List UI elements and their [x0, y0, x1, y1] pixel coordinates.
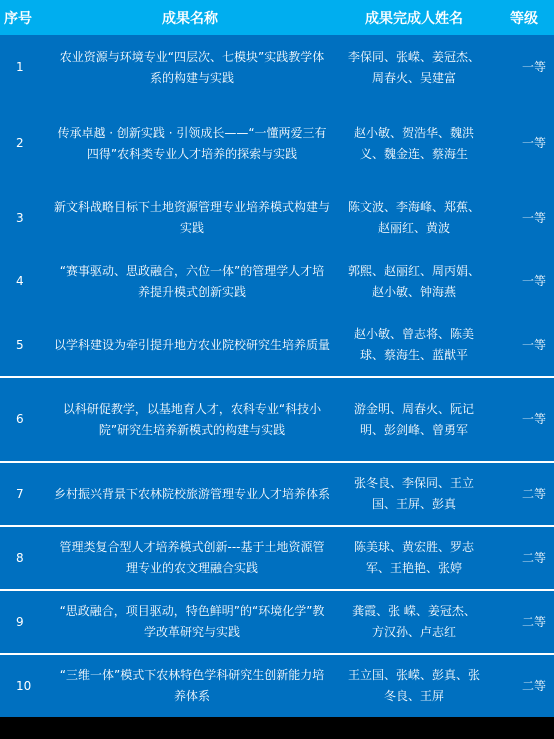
row-number: 7: [0, 462, 46, 526]
table-row: 6 以科研促教学，以基地育人才，农科专业“科技小院”研究生培养新模式的构建与实践…: [0, 377, 554, 462]
achievement-title: 乡村振兴背景下农林院校旅游管理专业人才培养体系: [46, 462, 334, 526]
achievement-title: “赛事驱动、思政融合，六位一体”的管理学人才培养提升模式创新实践: [46, 249, 334, 314]
award-level: 一等: [494, 249, 554, 314]
bottom-black-bar: [0, 717, 554, 739]
award-level: 一等: [494, 187, 554, 249]
row-number: 10: [0, 654, 46, 717]
achievement-people: 张冬良、李保同、王立国、王屏、彭真: [334, 462, 494, 526]
award-level: 一等: [494, 377, 554, 462]
row-number: 5: [0, 314, 46, 377]
award-level: 二等: [494, 526, 554, 590]
table-row: 4 “赛事驱动、思政融合，六位一体”的管理学人才培养提升模式创新实践 郭熙、赵丽…: [0, 249, 554, 314]
award-level: 一等: [494, 314, 554, 377]
achievement-people: 陈文波、李海峰、郑蕉、赵丽红、黄波: [334, 187, 494, 249]
row-number: 8: [0, 526, 46, 590]
row-number: 2: [0, 100, 46, 187]
header-row: 序号 成果名称 成果完成人姓名 等级: [0, 0, 554, 35]
award-level: 二等: [494, 590, 554, 654]
achievement-people: 龚霞、张 嵘、姜冠杰、方汉孙、卢志红: [334, 590, 494, 654]
achievement-title: 农业资源与环境专业“四层次、七模块”实践教学体系的构建与实践: [46, 35, 334, 100]
achievement-title: 以学科建设为牵引提升地方农业院校研究生培养质量: [46, 314, 334, 377]
row-number: 9: [0, 590, 46, 654]
table-row: 1 农业资源与环境专业“四层次、七模块”实践教学体系的构建与实践 李保同、张嵘、…: [0, 35, 554, 100]
table-row: 10 “三维一体”模式下农林特色学科研究生创新能力培养体系 王立国、张嵘、彭真、…: [0, 654, 554, 717]
header-level: 等级: [494, 0, 554, 35]
award-level: 二等: [494, 654, 554, 717]
header-people: 成果完成人姓名: [334, 0, 494, 35]
achievement-people: 赵小敏、曾志将、陈美球、蔡海生、蓝猷平: [334, 314, 494, 377]
award-level: 一等: [494, 35, 554, 100]
achievement-title: 管理类复合型人才培养模式创新---基于土地资源管理专业的农文理融合实践: [46, 526, 334, 590]
achievement-people: 陈美球、黄宏胜、罗志军、王艳艳、张婷: [334, 526, 494, 590]
achievement-people: 游金明、周春火、阮记明、彭剑峰、曾勇军: [334, 377, 494, 462]
achievement-people: 王立国、张嵘、彭真、张冬良、王屏: [334, 654, 494, 717]
row-number: 4: [0, 249, 46, 314]
achievement-title: “三维一体”模式下农林特色学科研究生创新能力培养体系: [46, 654, 334, 717]
achievement-people: 李保同、张嵘、姜冠杰、周春火、吴建富: [334, 35, 494, 100]
table-row: 5 以学科建设为牵引提升地方农业院校研究生培养质量 赵小敏、曾志将、陈美球、蔡海…: [0, 314, 554, 377]
row-number: 3: [0, 187, 46, 249]
award-level: 一等: [494, 100, 554, 187]
row-number: 1: [0, 35, 46, 100]
table-row: 8 管理类复合型人才培养模式创新---基于土地资源管理专业的农文理融合实践 陈美…: [0, 526, 554, 590]
achievement-title: 新文科战略目标下土地资源管理专业培养模式构建与实践: [46, 187, 334, 249]
header-no: 序号: [0, 0, 46, 35]
table-row: 2 传承卓越 · 创新实践 · 引领成长——“一懂两爱三有四得”农科类专业人才培…: [0, 100, 554, 187]
table-row: 7 乡村振兴背景下农林院校旅游管理专业人才培养体系 张冬良、李保同、王立国、王屏…: [0, 462, 554, 526]
awards-table: 序号 成果名称 成果完成人姓名 等级 1 农业资源与环境专业“四层次、七模块”实…: [0, 0, 554, 717]
achievement-title: 传承卓越 · 创新实践 · 引领成长——“一懂两爱三有四得”农科类专业人才培养的…: [46, 100, 334, 187]
award-level: 二等: [494, 462, 554, 526]
achievement-people: 郭熙、赵丽红、周丙娟、赵小敏、钟海燕: [334, 249, 494, 314]
achievement-title: “思政融合，项目驱动，特色鲜明”的“环境化学”教学改革研究与实践: [46, 590, 334, 654]
header-title: 成果名称: [46, 0, 334, 35]
table-row: 9 “思政融合，项目驱动，特色鲜明”的“环境化学”教学改革研究与实践 龚霞、张 …: [0, 590, 554, 654]
achievement-title: 以科研促教学，以基地育人才，农科专业“科技小院”研究生培养新模式的构建与实践: [46, 377, 334, 462]
row-number: 6: [0, 377, 46, 462]
achievement-people: 赵小敏、贺浩华、魏洪义、魏金连、蔡海生: [334, 100, 494, 187]
table-row: 3 新文科战略目标下土地资源管理专业培养模式构建与实践 陈文波、李海峰、郑蕉、赵…: [0, 187, 554, 249]
